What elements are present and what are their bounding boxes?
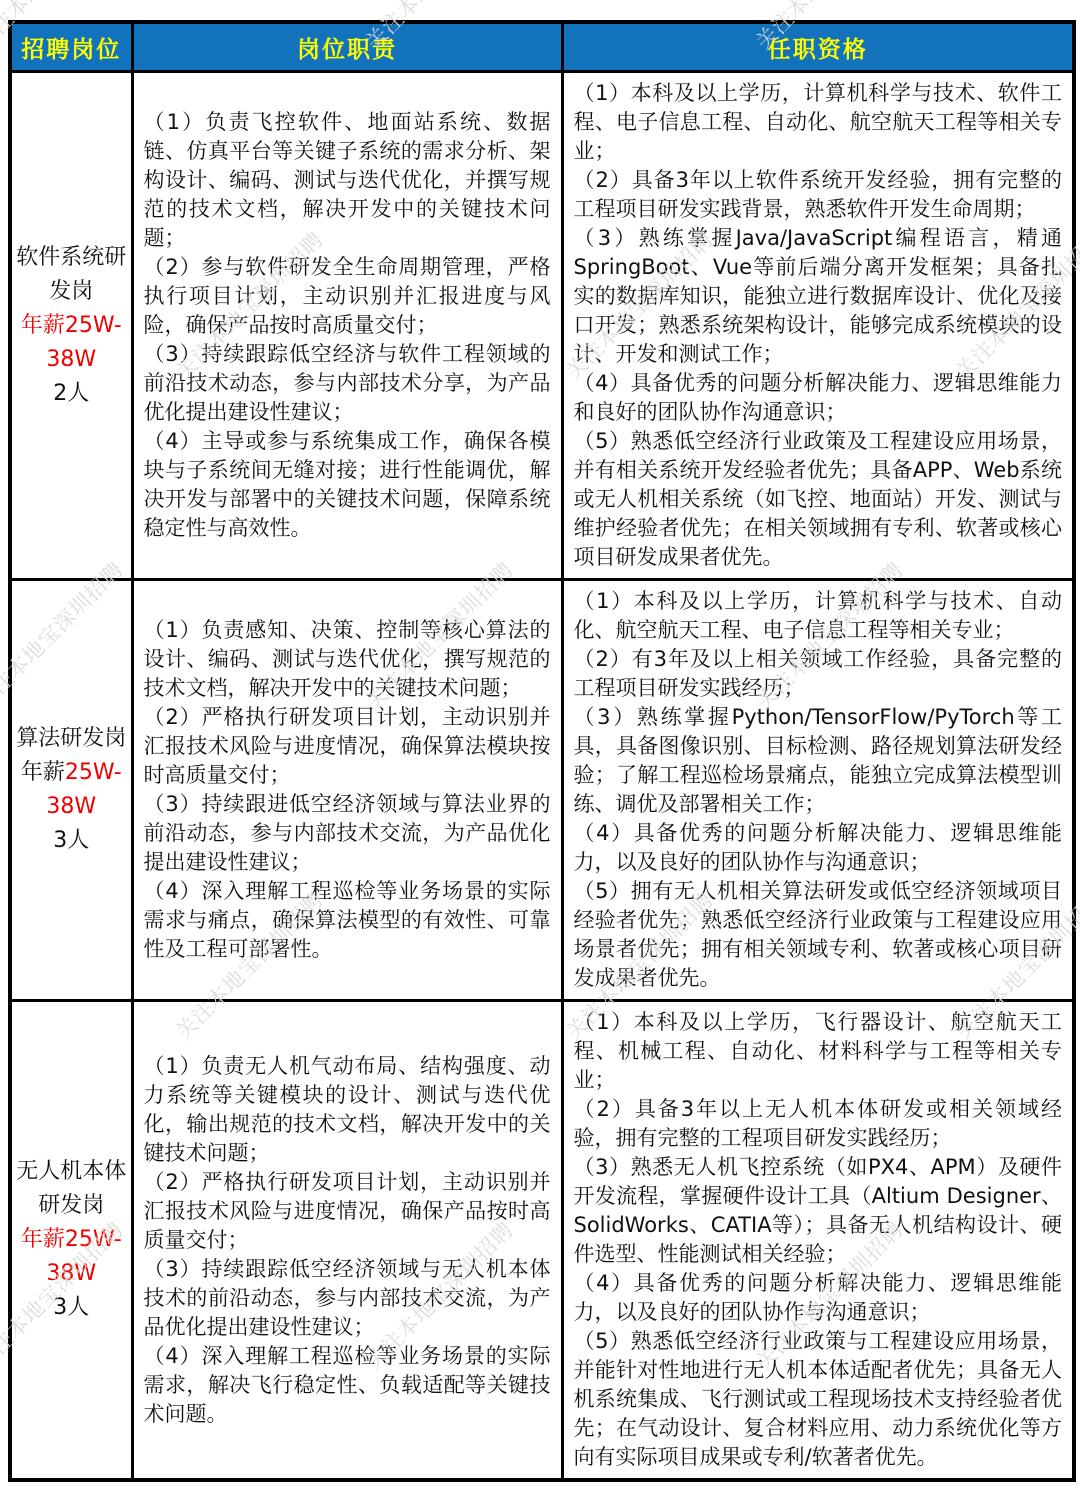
recruitment-table-page: 招聘岗位 岗位职责 任职资格 软件系统研发岗 年薪25W-38W 2人 （1）负… [0,0,1080,1491]
qualification-item: （3）熟练掌握Python/TensorFlow/PyTorch等工具，具备图像… [574,703,1063,819]
qualification-item: （2）具备3年以上无人机本体研发或相关领域经验，拥有完整的工程项目研发实践经历； [574,1095,1063,1153]
duties-cell: （1）负责飞控软件、地面站系统、数据链、仿真平台等关键子系统的需求分析、架构设计… [132,72,562,580]
qualification-item: （4）具备优秀的问题分析解决能力、逻辑思维能力，以及良好的团队协作与沟通意识； [574,819,1063,877]
duty-item: （1）负责飞控软件、地面站系统、数据链、仿真平台等关键子系统的需求分析、架构设计… [144,108,551,253]
position-salary: 年薪25W-38W [15,309,128,377]
position-title: 无人机本体研发岗 [15,1155,128,1223]
qualification-item: （4）具备优秀的问题分析解决能力、逻辑思维能力，以及良好的团队协作与沟通意识； [574,1269,1063,1327]
qualifications-cell: （1）本科及以上学历，飞行器设计、航空航天工程、机械工程、自动化、材料科学与工程… [562,1001,1074,1481]
salary-prefix: 年薪 [21,1227,65,1252]
position-title: 算法研发岗 [15,722,128,756]
qualification-item: （4）具备优秀的问题分析解决能力、逻辑思维能力和良好的团队协作沟通意识； [574,369,1063,427]
table-header-row: 招聘岗位 岗位职责 任职资格 [10,22,1074,72]
header-position: 招聘岗位 [10,22,132,72]
qualification-item: （1）本科及以上学历，计算机科学与技术、自动化、航空航天工程、电子信息工程等相关… [574,587,1063,645]
position-headcount: 2人 [15,377,128,411]
position-cell: 软件系统研发岗 年薪25W-38W 2人 [10,72,132,580]
duty-item: （3）持续跟踪低空经济领域与无人机本体技术的前沿动态，参与内部技术交流，为产品优… [144,1255,551,1342]
position-salary: 年薪25W-38W [15,756,128,824]
duty-item: （3）持续跟进低空经济领域与算法业界的前沿动态，参与内部技术交流，为产品优化提出… [144,790,551,877]
duty-item: （1）负责感知、决策、控制等核心算法的设计、编码、测试与迭代优化，撰写规范的技术… [144,616,551,703]
header-duties: 岗位职责 [132,22,562,72]
duties-cell: （1）负责无人机气动布局、结构强度、动力系统等关键模块的设计、测试与迭代优化，输… [132,1001,562,1481]
qualifications-cell: （1）本科及以上学历，计算机科学与技术、软件工程、电子信息工程、自动化、航空航天… [562,72,1074,580]
qualification-item: （5）熟悉低空经济行业政策及工程建设应用场景，并有相关系统开发经验者优先；具备A… [574,427,1063,572]
salary-prefix: 年薪 [21,313,65,338]
duties-cell: （1）负责感知、决策、控制等核心算法的设计、编码、测试与迭代优化，撰写规范的技术… [132,580,562,1001]
qualification-item: （5）拥有无人机相关算法研发或低空经济领域项目经验者优先；熟悉低空经济行业政策与… [574,877,1063,993]
table-row: 软件系统研发岗 年薪25W-38W 2人 （1）负责飞控软件、地面站系统、数据链… [10,72,1074,580]
duty-item: （1）负责无人机气动布局、结构强度、动力系统等关键模块的设计、测试与迭代优化，输… [144,1052,551,1168]
position-headcount: 3人 [15,1291,128,1325]
duty-item: （4）深入理解工程巡检等业务场景的实际需求与痛点，确保算法模型的有效性、可靠性及… [144,877,551,964]
duty-item: （3）持续跟踪低空经济与软件工程领域的前沿技术动态，参与内部技术分享，为产品优化… [144,340,551,427]
duty-item: （2）严格执行研发项目计划，主动识别并汇报技术风险与进度情况，确保算法模块按时高… [144,703,551,790]
duty-item: （2）参与软件研发全生命周期管理，严格执行项目计划，主动识别并汇报进度与风险，确… [144,253,551,340]
qualification-item: （1）本科及以上学历，计算机科学与技术、软件工程、电子信息工程、自动化、航空航天… [574,79,1063,166]
position-salary: 年薪25W-38W [15,1223,128,1291]
header-qualifications: 任职资格 [562,22,1074,72]
recruitment-table: 招聘岗位 岗位职责 任职资格 软件系统研发岗 年薪25W-38W 2人 （1）负… [8,20,1076,1482]
position-cell: 无人机本体研发岗 年薪25W-38W 3人 [10,1001,132,1481]
qualification-item: （3）熟练掌握Java/JavaScript编程语言，精通SpringBoot、… [574,224,1063,369]
qualification-item: （2）具备3年以上软件系统开发经验，拥有完整的工程项目研发实践背景，熟悉软件开发… [574,166,1063,224]
qualifications-cell: （1）本科及以上学历，计算机科学与技术、自动化、航空航天工程、电子信息工程等相关… [562,580,1074,1001]
salary-prefix: 年薪 [21,760,65,785]
position-cell: 算法研发岗 年薪25W-38W 3人 [10,580,132,1001]
table-row: 算法研发岗 年薪25W-38W 3人 （1）负责感知、决策、控制等核心算法的设计… [10,580,1074,1001]
qualification-item: （3）熟悉无人机飞控系统（如PX4、APM）及硬件开发流程，掌握硬件设计工具（A… [574,1153,1063,1269]
position-title: 软件系统研发岗 [15,241,128,309]
duty-item: （4）深入理解工程巡检等业务场景的实际需求，解决飞行稳定性、负载适配等关键技术问… [144,1342,551,1429]
duty-item: （4）主导或参与系统集成工作，确保各模块与子系统间无缝对接；进行性能调优，解决开… [144,427,551,543]
qualification-item: （5）熟悉低空经济行业政策与工程建设应用场景，并能针对性地进行无人机本体适配者优… [574,1327,1063,1472]
qualification-item: （1）本科及以上学历，飞行器设计、航空航天工程、机械工程、自动化、材料科学与工程… [574,1008,1063,1095]
position-headcount: 3人 [15,824,128,858]
duty-item: （2）严格执行研发项目计划，主动识别并汇报技术风险与进度情况，确保产品按时高质量… [144,1168,551,1255]
table-row: 无人机本体研发岗 年薪25W-38W 3人 （1）负责无人机气动布局、结构强度、… [10,1001,1074,1481]
qualification-item: （2）有3年及以上相关领域工作经验，具备完整的工程项目研发实践经历； [574,645,1063,703]
